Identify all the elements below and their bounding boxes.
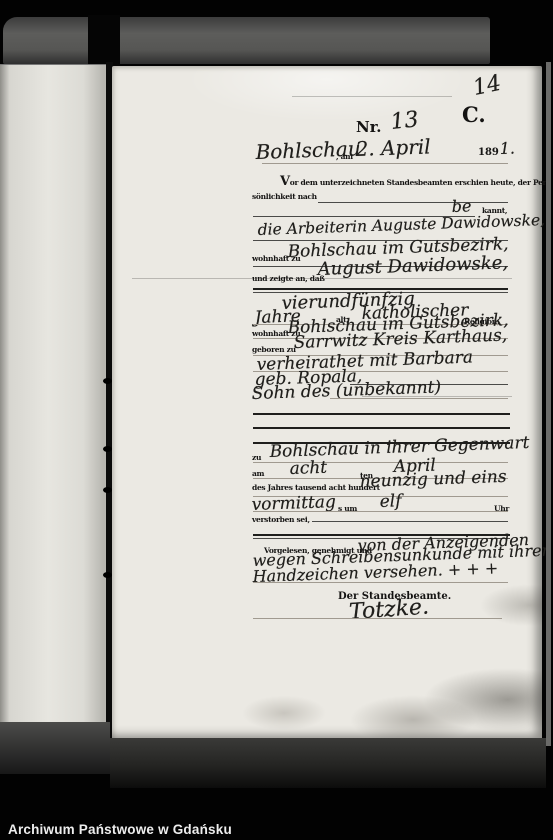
registrar-signature: Totzke. xyxy=(348,594,430,625)
section-letter: C. xyxy=(462,102,486,127)
record-number-value: 13 xyxy=(389,107,419,135)
scan-scratch xyxy=(292,96,452,97)
ruled-line xyxy=(253,582,508,583)
book-top-edge-gap xyxy=(88,15,120,66)
binding-stitch xyxy=(103,487,112,493)
ruled-line xyxy=(253,511,508,512)
ruled-line xyxy=(253,413,510,415)
death-verstorben-label: verstorben sei, xyxy=(252,515,310,524)
death-hour: elf xyxy=(379,491,401,512)
death-day: acht xyxy=(289,458,327,479)
dateline-year-handwritten: 1. xyxy=(499,138,515,158)
binding-stitch xyxy=(103,378,112,384)
dateline-day: 2. April xyxy=(355,134,431,161)
book-right-edge xyxy=(546,62,551,746)
ruled-line xyxy=(312,521,508,522)
dateline-year-printed: 189 xyxy=(478,147,499,158)
binding-stitch xyxy=(103,572,112,578)
scanned-register-page: 14 C. Nr. 13 Bohlschau , am 2. April 189… xyxy=(0,0,553,840)
ruled-line xyxy=(253,618,502,619)
ruled-line xyxy=(318,202,508,203)
intro-line-1: Vor dem unterzeichneten Standesbeamten e… xyxy=(280,174,549,189)
book-bottom-edge-left xyxy=(0,722,110,774)
book-bottom-edge xyxy=(110,738,546,788)
ruled-line xyxy=(330,398,508,399)
book-top-edge xyxy=(3,17,490,64)
record-number-label: Nr. xyxy=(356,118,381,136)
ruled-line xyxy=(262,163,508,164)
binding-stitch xyxy=(103,446,112,452)
death-am-label: am xyxy=(252,469,264,478)
death-zu-label: zu xyxy=(252,453,261,462)
death-year-value: neunzig und eins xyxy=(359,467,507,492)
facing-page-edge xyxy=(0,64,107,725)
corner-page-number: 14 xyxy=(471,71,504,101)
register-form-page: 14 C. Nr. 13 Bohlschau , am 2. April 189… xyxy=(112,66,542,740)
archive-watermark: Archiwum Państwowe w Gdańsku xyxy=(8,822,232,837)
intro-line-2: sönlichkeit nach xyxy=(252,192,317,201)
dateline-am-label: , am xyxy=(336,152,353,161)
notification-label: und zeigte an, daß xyxy=(252,274,325,283)
birthplace-label: geboren zu xyxy=(252,345,296,354)
ruled-line xyxy=(253,427,510,429)
